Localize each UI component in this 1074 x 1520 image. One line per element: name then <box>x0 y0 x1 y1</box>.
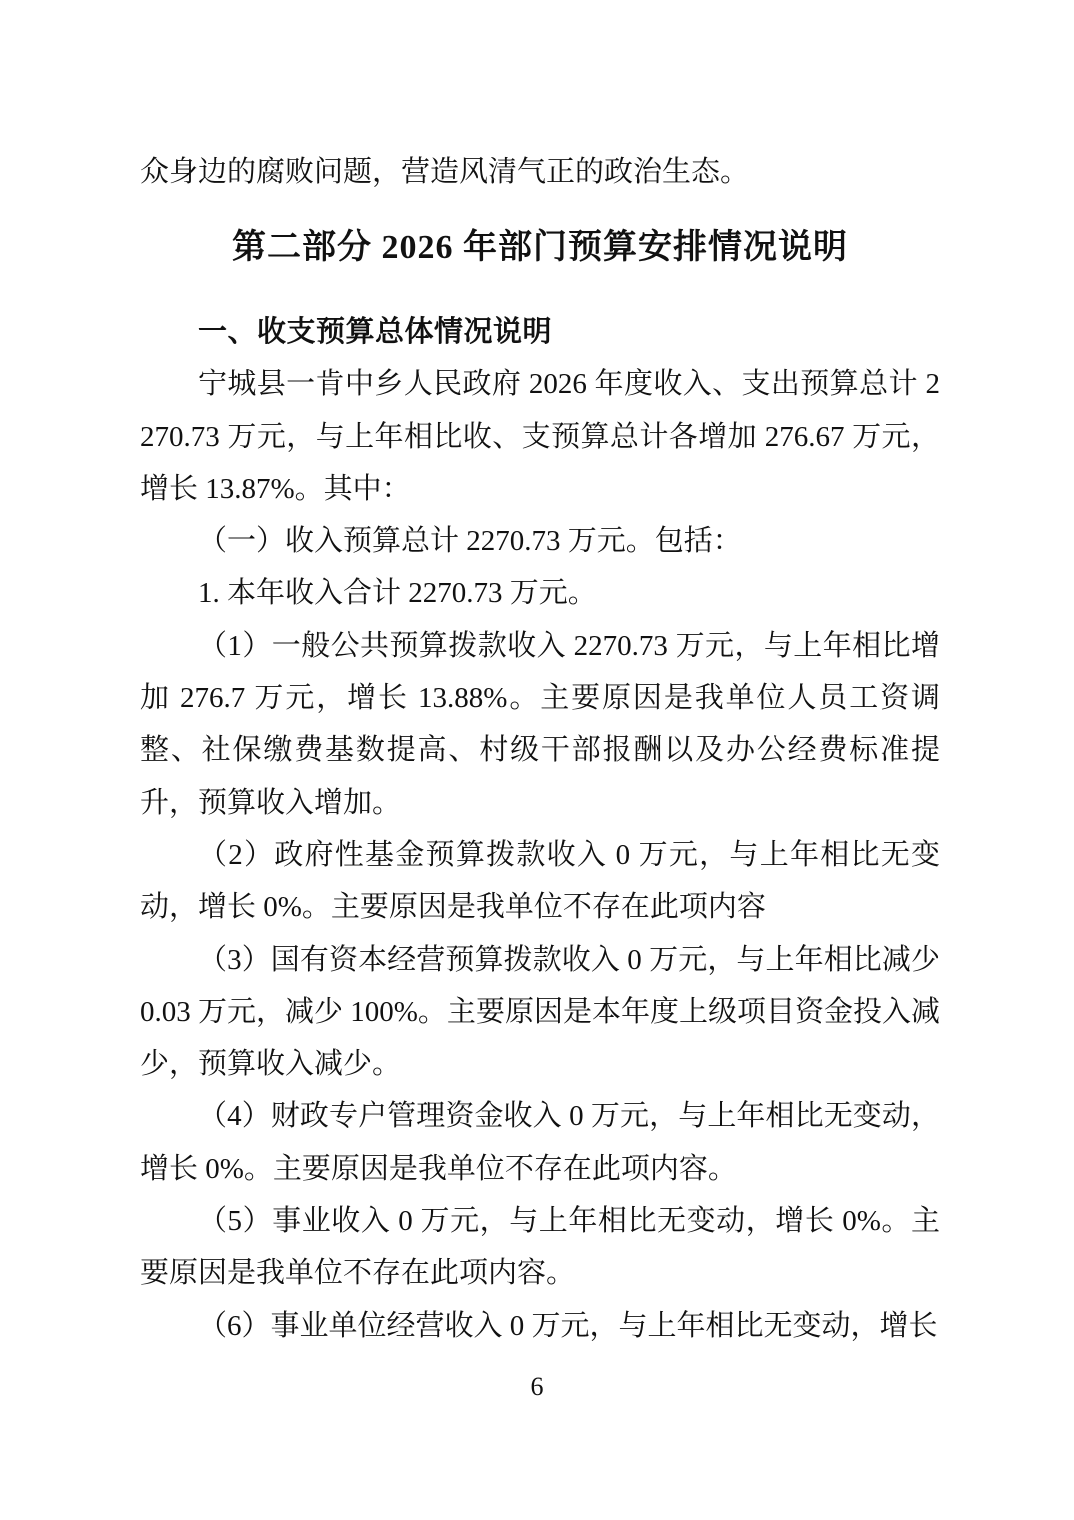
body-paragraph: 宁城县一肯中乡人民政府 2026 年度收入、支出预算总计 2270.73 万元，… <box>140 358 940 515</box>
paragraph-list: 宁城县一肯中乡人民政府 2026 年度收入、支出预算总计 2270.73 万元，… <box>140 358 940 1352</box>
body-paragraph: （2）政府性基金预算拨款收入 0 万元，与上年相比无变动，增长 0%。主要原因是… <box>140 829 940 934</box>
body-paragraph: （1）一般公共预算拨款收入 2270.73 万元，与上年相比增加 276.7 万… <box>140 620 940 829</box>
body-paragraph: （一）收入预算总计 2270.73 万元。包括： <box>140 515 940 567</box>
continuation-paragraph: 众身边的腐败问题，营造风清气正的政治生态。 <box>140 146 940 198</box>
part-title: 第二部分 2026 年部门预算安排情况说明 <box>140 222 940 274</box>
page-number: 6 <box>0 1370 1074 1404</box>
section-heading: 一、收支预算总体情况说明 <box>140 306 940 358</box>
body-paragraph: （5）事业收入 0 万元，与上年相比无变动，增长 0%。主要原因是我单位不存在此… <box>140 1195 940 1300</box>
document-page: 众身边的腐败问题，营造风清气正的政治生态。 第二部分 2026 年部门预算安排情… <box>0 0 1074 1520</box>
body-paragraph: （3）国有资本经营预算拨款收入 0 万元，与上年相比减少 0.03 万元，减少 … <box>140 934 940 1091</box>
body-paragraph: （4）财政专户管理资金收入 0 万元，与上年相比无变动，增长 0%。主要原因是我… <box>140 1090 940 1195</box>
body-paragraph: （6）事业单位经营收入 0 万元，与上年相比无变动，增长 <box>140 1300 940 1352</box>
body-paragraph: 1. 本年收入合计 2270.73 万元。 <box>140 567 940 619</box>
